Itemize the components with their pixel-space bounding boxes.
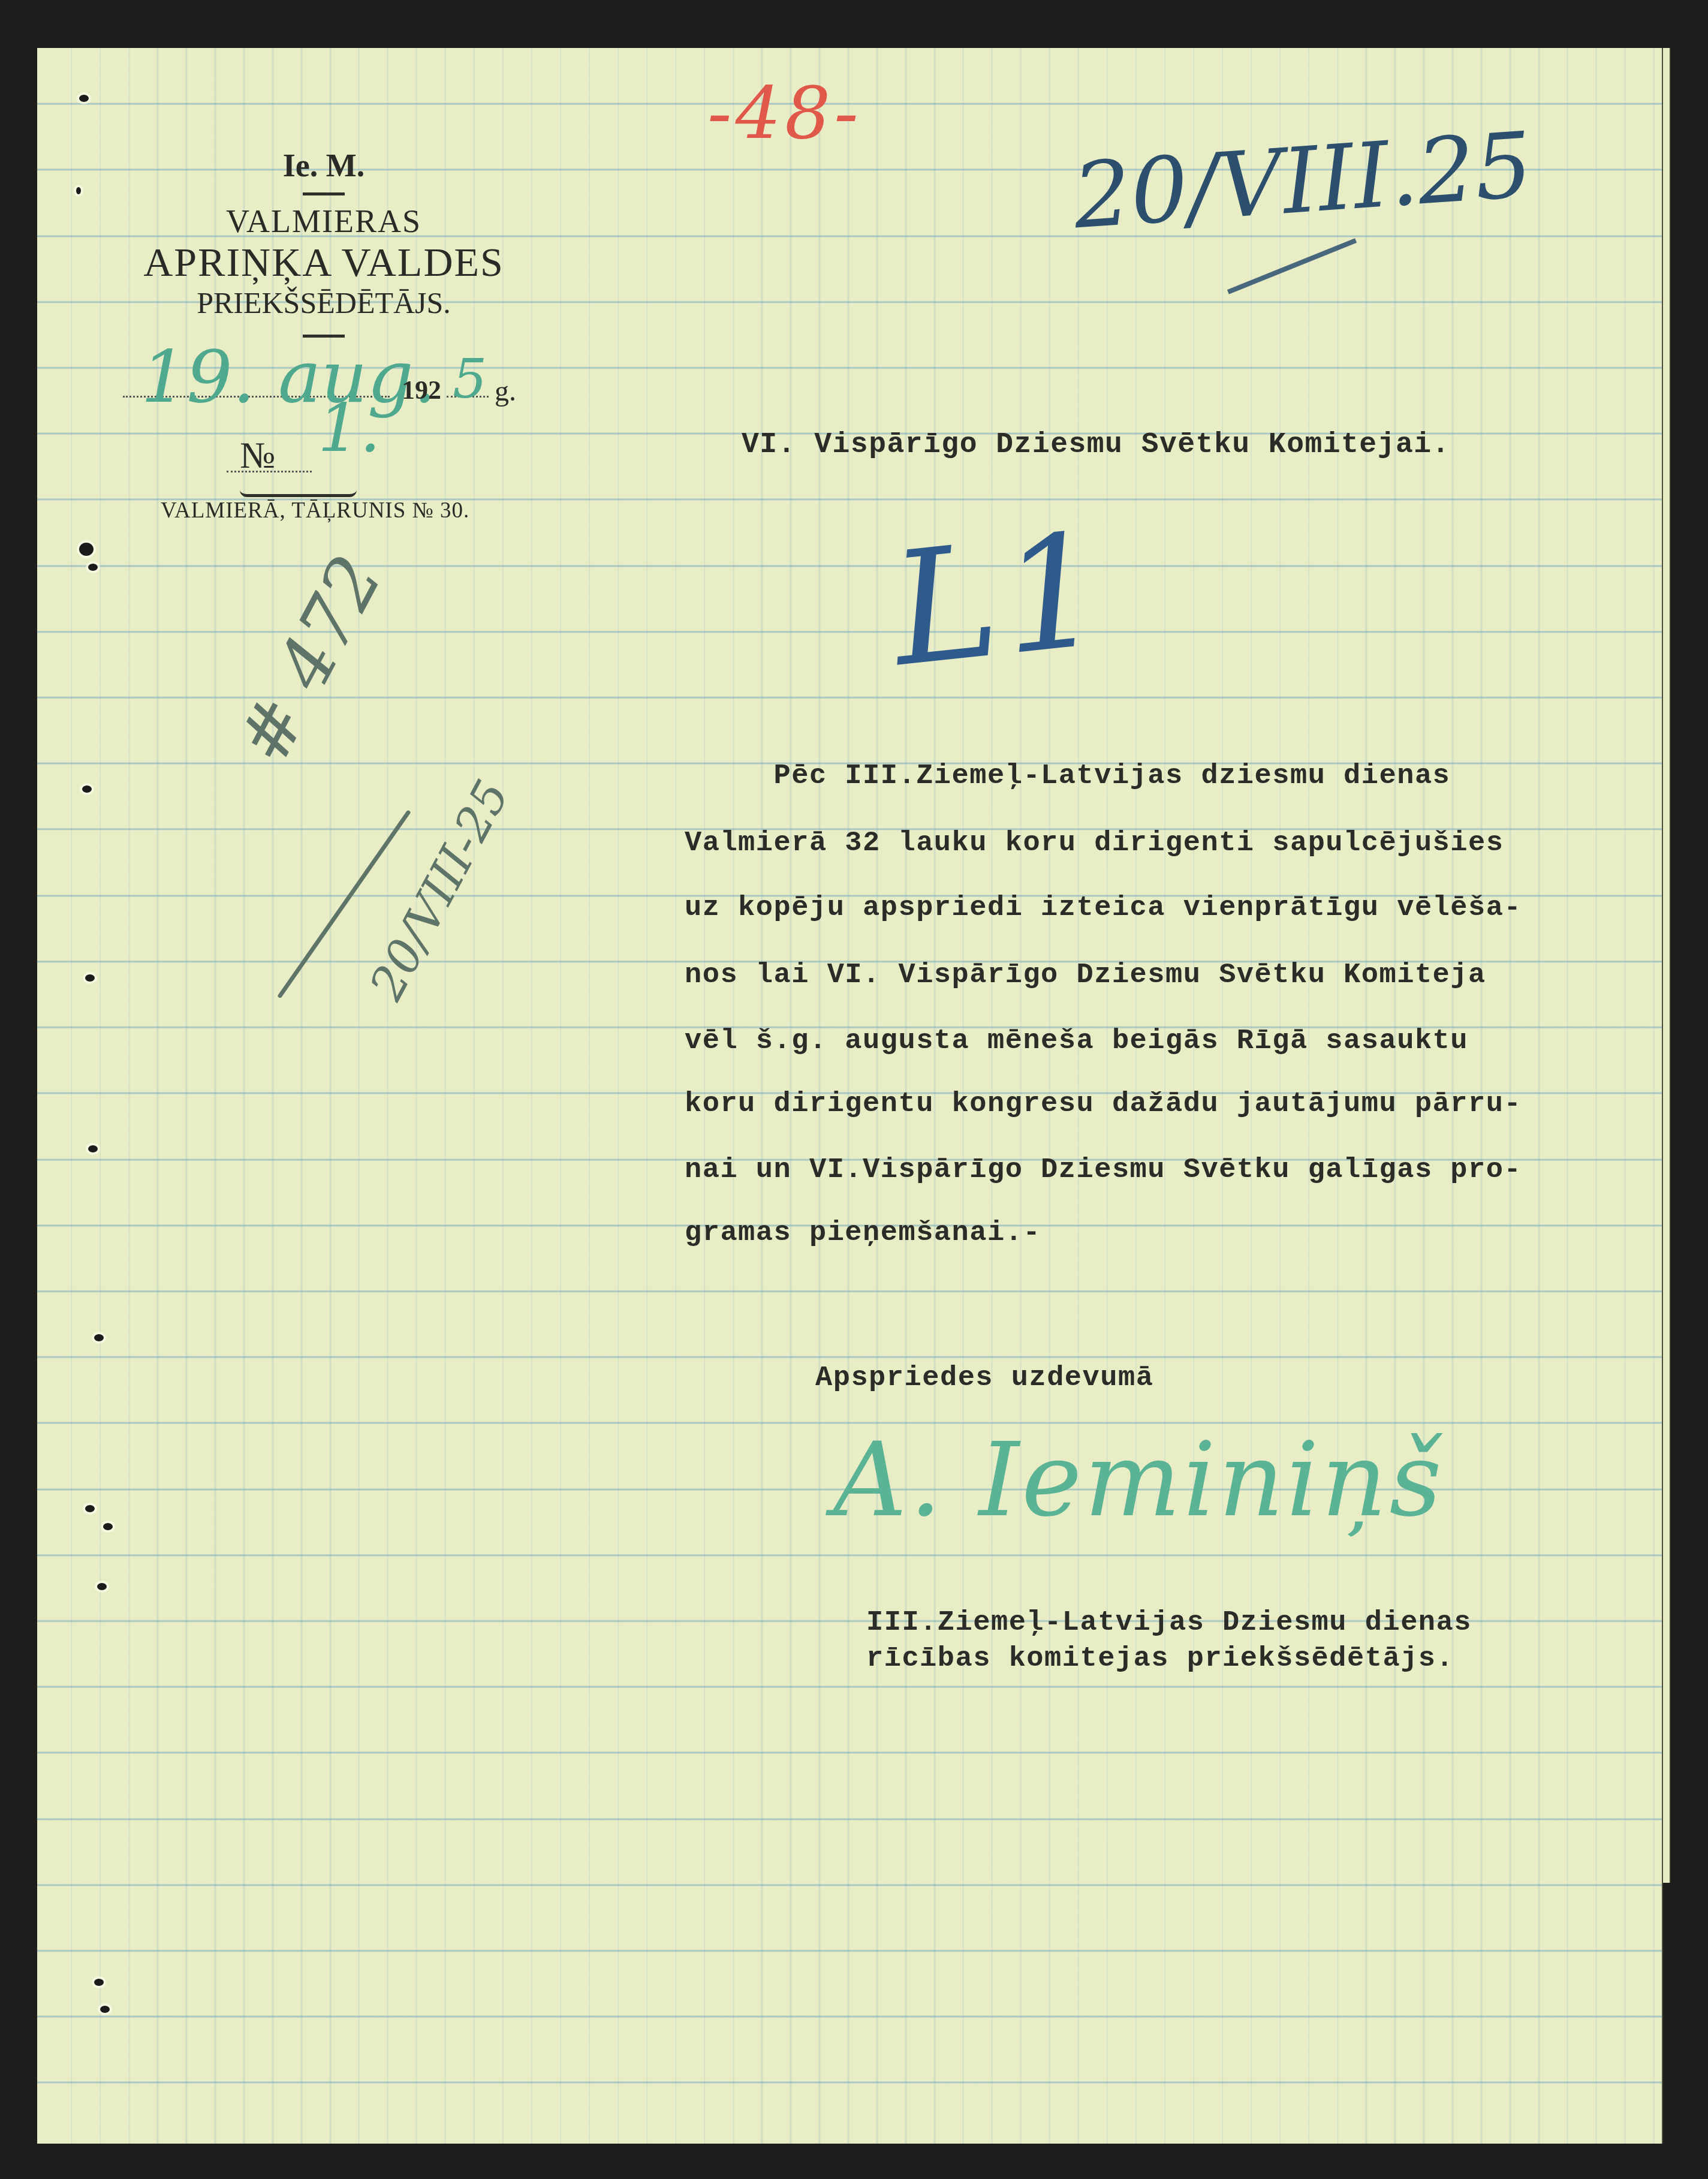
- punch-hole: [85, 1505, 95, 1512]
- punch-hole: [82, 785, 92, 793]
- punch-hole: [94, 1334, 104, 1341]
- body-line: koru dirigentu kongresu dažādu jautājumu…: [685, 1088, 1522, 1120]
- year-prefix: 192: [402, 375, 441, 405]
- body-line: uz kopēju apspriedi izteica vienprātīgu …: [685, 892, 1522, 924]
- body-line: gramas pieņemšanai.-: [685, 1217, 1041, 1249]
- body-line: Valmierā 32 lauku koru dirigenti sapulcē…: [685, 827, 1504, 859]
- closing-phrase: Apspriedes uzdevumā: [815, 1362, 1153, 1394]
- punch-hole: [100, 2006, 110, 2013]
- letterhead: Ie. M. VALMIERAS APRIŅĶA VALDES PRIEKŠSĒ…: [108, 147, 540, 338]
- punch-hole: [97, 1583, 107, 1590]
- signature: A. Ieminiņš: [833, 1421, 1444, 1540]
- punch-hole: [79, 543, 94, 556]
- signatory-title-line1: III.Ziemeļ-Latvijas Dziesmu dienas: [866, 1607, 1472, 1639]
- blue-pencil-mark: L1: [884, 499, 1117, 702]
- letterhead-line3: PRIEKŠSĒDĒTĀJS.: [108, 283, 540, 323]
- body-line: vēl š.g. augusta mēneša beigās Rīgā sasa…: [685, 1025, 1468, 1057]
- body-line: Pēc III.Ziemeļ-Latvijas dziesmu dienas: [685, 760, 1450, 792]
- year-handwritten: 5: [453, 348, 487, 411]
- number-field-line: [227, 471, 312, 472]
- letterhead-initials: Ie. M.: [108, 147, 540, 184]
- folio-number: -48-: [707, 72, 862, 155]
- number-handwritten: 1.: [318, 390, 381, 467]
- signatory-title-line2: rīcības komitejas priekšsēdētājs.: [866, 1643, 1454, 1675]
- punch-hole: [94, 1979, 104, 1986]
- addressee: VI. Vispārīgo Dziesmu Svētku Komitejai.: [742, 429, 1450, 461]
- divider: [303, 192, 345, 195]
- letterhead-address: VALMIERĀ, TĀĻRUNIS № 30.: [161, 498, 469, 523]
- punch-hole: [88, 564, 98, 571]
- body-line: nos lai VI. Vispārīgo Dziesmu Svētku Kom…: [685, 959, 1486, 991]
- body-line: nai un VI.Vispārīgo Dziesmu Svētku galīg…: [685, 1154, 1522, 1186]
- punch-hole: [79, 95, 89, 102]
- year-suffix: g.: [495, 375, 516, 408]
- date-handwritten: 19. aug.: [141, 336, 436, 419]
- letterhead-line2: APRIŅĶA VALDES: [108, 241, 540, 283]
- letterhead-line1: VALMIERAS: [108, 201, 540, 241]
- brace-divider: [240, 486, 357, 497]
- punch-hole: [88, 1145, 98, 1152]
- punch-hole: [103, 1523, 113, 1530]
- punch-hole: [76, 187, 81, 194]
- punch-hole: [85, 974, 95, 982]
